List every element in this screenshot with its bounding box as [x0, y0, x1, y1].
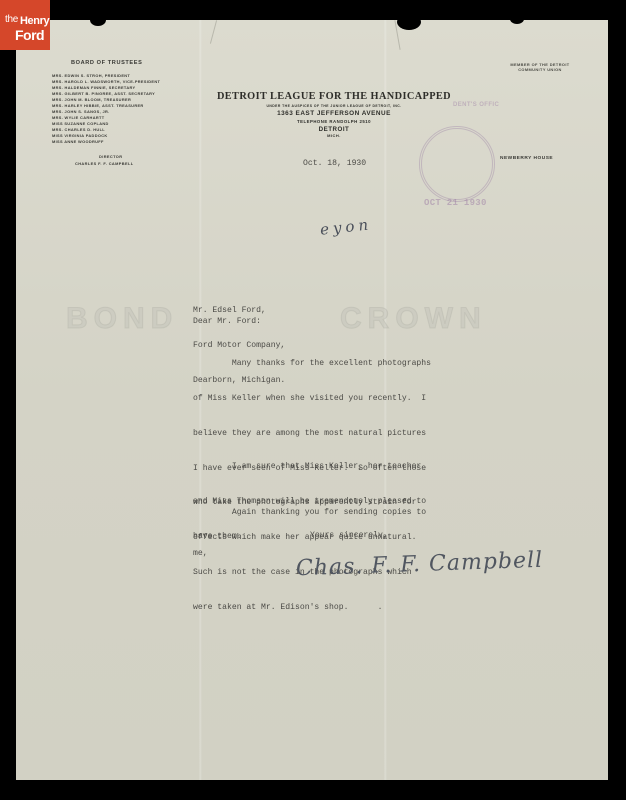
organization-name: DETROIT LEAGUE FOR THE HANDICAPPED — [188, 91, 480, 102]
paper-watermark: CROWN — [340, 302, 487, 336]
body-line: were taken at Mr. Edison's shop. . — [193, 602, 431, 614]
received-stamp-office: DENT'S OFFIC — [453, 102, 499, 108]
telephone: TELEPHONE RANDOLPH 2510 — [188, 119, 480, 124]
director-name: CHARLES F. F. CAMPBELL — [75, 161, 192, 166]
location-label: NEWBERRY HOUSE — [500, 156, 553, 161]
membership-note: MEMBER OF THE DETROIT COMMUNITY UNION — [490, 62, 590, 72]
board-of-trustees: BOARD OF TRUSTEES MRS. EDWIN S. STROH, P… — [52, 60, 192, 166]
auspices-line: UNDER THE AUSPICES OF THE JUNIOR LEAGUE … — [188, 104, 480, 108]
salutation: Dear Mr. Ford: — [193, 316, 261, 328]
henry-ford-logo: the Henry Ford — [0, 0, 50, 50]
street-address: 1363 EAST JEFFERSON AVENUE — [188, 110, 480, 117]
paper-watermark: BOND — [66, 302, 178, 336]
logo-ford: Ford — [15, 27, 44, 43]
received-stamp-date: OCT 21 1930 — [424, 198, 487, 208]
letter-date: Oct. 18, 1930 — [303, 158, 366, 170]
body-line: Again thanking you for sending copies to — [193, 507, 426, 519]
body-line: Many thanks for the excellent photograph… — [193, 358, 431, 370]
trustees-heading: BOARD OF TRUSTEES — [71, 60, 192, 66]
logo-henry: Henry — [20, 15, 49, 27]
received-stamp-circle — [419, 126, 495, 202]
membership-line-2: COMMUNITY UNION — [490, 67, 590, 72]
closing: Yours sincerely, — [310, 530, 388, 542]
trustee-member: MISS ANNE WOODRUFF — [52, 139, 192, 145]
body-line: I am sure that Miss Keller, her teacher — [193, 461, 426, 473]
director-title: DIRECTOR — [99, 154, 192, 159]
paper-tear — [510, 14, 524, 24]
paper-tear — [397, 14, 421, 30]
body-line: of Miss Keller when she visited you rece… — [193, 393, 431, 405]
logo-the: the — [5, 14, 18, 25]
paper-tear — [90, 14, 106, 26]
